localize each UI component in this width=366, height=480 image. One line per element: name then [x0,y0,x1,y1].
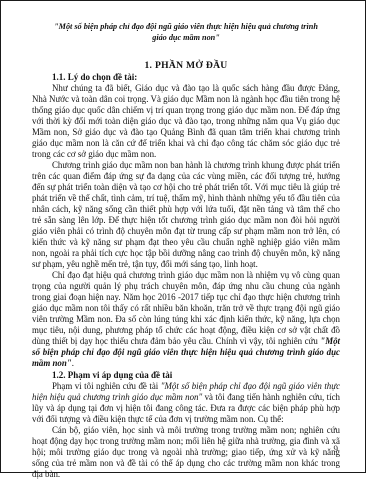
document-page: "Một số biện pháp chỉ đạo đội ngũ giáo v… [0,0,366,473]
section-1-1-paragraph-2: Chương trình giáo dục mầm non ban hành l… [32,160,340,270]
main-heading: 1. PHẦN MỞ ĐẦU [32,60,340,71]
paragraph-3-text: Chỉ đạo đạt hiệu quả chương trình giáo d… [32,270,340,346]
paragraph-4-text-start: Phạm vi tôi nghiên cứu đề tài [52,381,161,391]
section-1-2-paragraph-1: Phạm vi tôi nghiên cứu đề tài "Một số bi… [32,381,340,425]
section-1-1-paragraph-1: Như chúng ta đã biết, Giáo dục và đào tạ… [32,83,340,160]
document-title-quote: "Một số biện pháp chỉ đạo đội ngũ giáo v… [32,21,340,43]
section-1-2-heading: 1.2. Phạm vi áp dụng của đề tài [32,370,340,381]
page-number: 9 [334,444,339,454]
section-1-1-heading: 1.1. Lý do chọn đề tài: [32,72,340,83]
paragraph-3-period: . [72,358,74,368]
section-1-1-paragraph-3: Chỉ đạo đạt hiệu quả chương trình giáo d… [32,270,340,369]
section-1-2-paragraph-2: Cán bộ, giáo viên, học sinh và môi trườn… [32,425,340,480]
